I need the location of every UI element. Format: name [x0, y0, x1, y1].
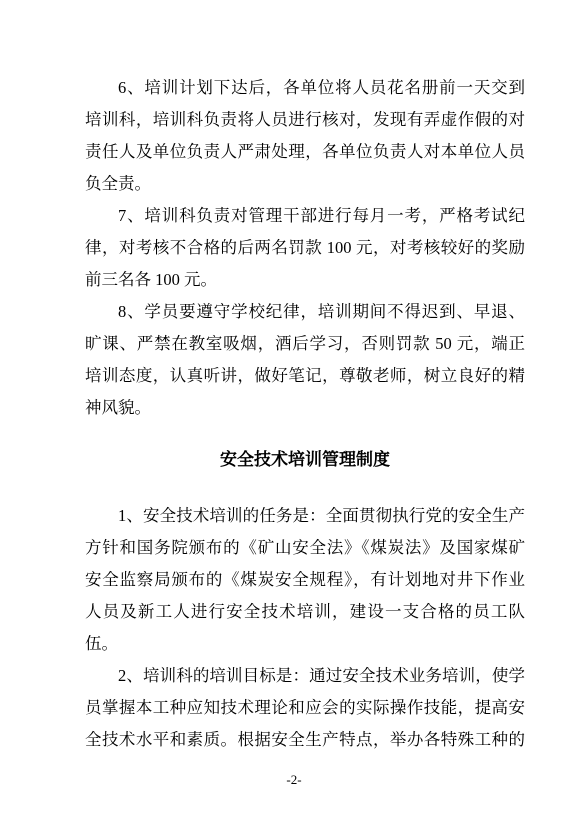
text-line: 6、培训计划下达后，各单位将人员花名册前一天交到: [85, 72, 525, 104]
text-line: 1、安全技术培训的任务是：全面贯彻执行党的安全生产: [85, 500, 525, 532]
text-line: 方针和国务院颁布的《矿山安全法》《煤炭法》及国家煤矿: [85, 532, 525, 564]
text-line: 神风貌。: [85, 392, 525, 424]
text-line: 培训态度，认真听讲，做好笔记，尊敬老师，树立良好的精: [85, 360, 525, 392]
text-line: 全技术水平和素质。根据安全生产特点，举办各特殊工种的: [85, 724, 525, 756]
text-line: 安全监察局颁布的《煤炭安全规程》，有计划地对井下作业: [85, 564, 525, 596]
text-line: 培训科，培训科负责将人员进行核对，发现有弄虚作假的对: [85, 104, 525, 136]
text-line: 旷课、严禁在教室吸烟，酒后学习，否则罚款 50 元，端正: [85, 328, 525, 360]
text-line: 8、学员要遵守学校纪律，培训期间不得迟到、早退、: [85, 296, 525, 328]
document-page: 6、培训计划下达后，各单位将人员花名册前一天交到 培训科，培训科负责将人员进行核…: [0, 0, 588, 835]
text-line: 2、培训科的培训目标是：通过安全技术业务培训，使学: [85, 660, 525, 692]
page-number: -2-: [0, 772, 588, 788]
text-line: 伍。: [85, 628, 525, 660]
paragraph-2: 2、培训科的培训目标是：通过安全技术业务培训，使学 员掌握本工种应知技术理论和应…: [85, 660, 525, 756]
paragraph-1: 1、安全技术培训的任务是：全面贯彻执行党的安全生产 方针和国务院颁布的《矿山安全…: [85, 500, 525, 660]
text-line: 7、培训科负责对管理干部进行每月一考，严格考试纪: [85, 200, 525, 232]
paragraph-6: 6、培训计划下达后，各单位将人员花名册前一天交到 培训科，培训科负责将人员进行核…: [85, 72, 525, 200]
text-line: 人员及新工人进行安全技术培训，建设一支合格的员工队: [85, 596, 525, 628]
text-line: 律，对考核不合格的后两名罚款 100 元，对考核较好的奖励: [85, 232, 525, 264]
text-line: 责任人及单位负责人严肃处理，各单位负责人对本单位人员: [85, 136, 525, 168]
text-line: 负全责。: [85, 168, 525, 200]
paragraph-7: 7、培训科负责对管理干部进行每月一考，严格考试纪 律，对考核不合格的后两名罚款 …: [85, 200, 525, 296]
text-line: 员掌握本工种应知技术理论和应会的实际操作技能，提高安: [85, 692, 525, 724]
text-line: 前三名各 100 元。: [85, 264, 525, 296]
section-title: 安全技术培训管理制度: [85, 444, 525, 476]
paragraph-8: 8、学员要遵守学校纪律，培训期间不得迟到、早退、 旷课、严禁在教室吸烟，酒后学习…: [85, 296, 525, 424]
